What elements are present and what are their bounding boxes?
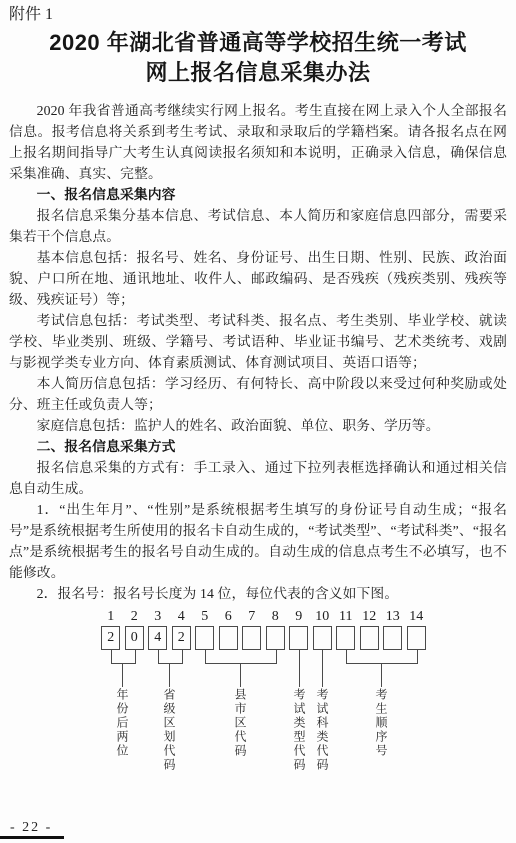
digit-cell: 0 [123,626,147,650]
digit-box [266,626,285,650]
paragraph-family-info: 家庭信息包括：监护人的姓名、政治面貌、单位、职务、学历等。 [9,415,507,436]
digit-box-row: 2 0 4 2 [99,626,428,650]
attachment-label: 附件 1 [9,4,507,26]
scan-artifact-edge [0,836,64,839]
paragraph-intro: 2020 年我省普通高考继续实行网上报名。考生直接在网上录入个人全部报名信息。报… [9,100,507,184]
group-label-county-code: 县市区代码 [233,688,247,758]
digit-box [289,626,308,650]
paragraph-resume-info: 本人简历信息包括：学习经历、有何特长、高中阶段以来受过何种奖励或处分、班主任或负… [9,373,507,415]
position-number-row: 1 2 3 4 5 6 7 8 9 10 11 12 13 14 [99,608,428,625]
position-number: 14 [405,608,429,625]
digit-cell: 2 [170,626,194,650]
digit-box [313,626,332,650]
digit-cell [405,626,429,650]
position-number: 1 [99,608,123,625]
document-page: 附件 1 2020 年湖北省普通高等学校招生统一考试 网上报名信息采集办法 20… [0,0,516,839]
digit-cell [264,626,288,650]
paragraph-exam-info: 考试信息包括：考试类型、考试科类、报名点、考生类别、毕业学校、就读学校、毕业类别… [9,310,507,373]
bracket-stem [122,663,123,687]
doc-title: 2020 年湖北省普通高等学校招生统一考试 网上报名信息采集办法 [9,28,507,88]
group-label-exam-type-code: 考试类型代码 [292,688,306,772]
section1-heading: 一、报名信息采集内容 [9,184,507,205]
digit-cell [311,626,335,650]
digit-box [383,626,402,650]
doc-title-line1: 2020 年湖北省普通高等学校招生统一考试 [9,28,507,58]
section2-heading: 二、报名信息采集方式 [9,436,507,457]
digit-cell [287,626,311,650]
digit-cell [358,626,382,650]
digit-box [360,626,379,650]
group-label-province-code: 省级区划代码 [162,688,176,772]
position-number: 13 [381,608,405,625]
paragraph-section1-overview: 报名信息采集分基本信息、考试信息、本人简历和家庭信息四部分，需要采集若干个信息点… [9,205,507,247]
group-bracket-year [111,650,136,664]
digit-box: 2 [101,626,120,650]
digit-box [242,626,261,650]
position-number: 5 [193,608,217,625]
position-number: 4 [170,608,194,625]
regno-structure-diagram: 1 2 3 4 5 6 7 8 9 10 11 12 13 14 2 0 4 2 [9,608,507,786]
paragraph-basic-info: 基本信息包括：报名号、姓名、身份证号、出生日期、性别、民族、政治面貌、户口所在地… [9,247,507,310]
position-number: 7 [240,608,264,625]
digit-cell [334,626,358,650]
digit-box: 2 [172,626,191,650]
paragraph-auto-generated: 1．“出生年月”、“性别”是系统根据考生填写的身份证号自动生成；“报名号”是系统… [9,499,507,583]
group-bracket-county [205,650,277,664]
group-bracket-sequence [346,650,418,664]
position-number: 8 [264,608,288,625]
group-label-year: 年份后两位 [115,688,129,758]
digit-cell [217,626,241,650]
scanned-document: { "header": { "attachment_label": "附件 1"… [0,0,516,843]
digit-cell: 2 [99,626,123,650]
position-number: 6 [217,608,241,625]
digit-box: 4 [148,626,167,650]
bracket-stem [169,663,170,687]
position-number: 12 [358,608,382,625]
page-number: - 22 - [10,820,52,836]
digit-cell [381,626,405,650]
position-number: 11 [334,608,358,625]
digit-box: 0 [125,626,144,650]
digit-cell [240,626,264,650]
connector-line-exam-type [299,650,300,687]
group-label-exam-category-code: 考试科类代码 [315,688,329,772]
position-number: 9 [287,608,311,625]
position-number: 2 [123,608,147,625]
digit-box [219,626,238,650]
digit-box [407,626,426,650]
bracket-stem [240,663,241,687]
position-number: 10 [311,608,335,625]
group-bracket-province [158,650,183,664]
document-body: 2020 年我省普通高考继续实行网上报名。考生直接在网上录入个人全部报名信息。报… [9,100,507,604]
digit-cell [193,626,217,650]
digit-box [336,626,355,650]
group-label-sequence-number: 考生顺序号 [374,688,388,758]
bracket-stem [381,663,382,687]
position-number: 3 [146,608,170,625]
connector-line-exam-category [322,650,323,687]
paragraph-section2-overview: 报名信息采集的方式有：手工录入、通过下拉列表框选择确认和通过相关信息自动生成。 [9,457,507,499]
doc-title-line2: 网上报名信息采集办法 [9,58,507,88]
digit-cell: 4 [146,626,170,650]
paragraph-regno-length: 2．报名号：报名号长度为 14 位，每位代表的含义如下图。 [9,583,507,604]
digit-box [195,626,214,650]
